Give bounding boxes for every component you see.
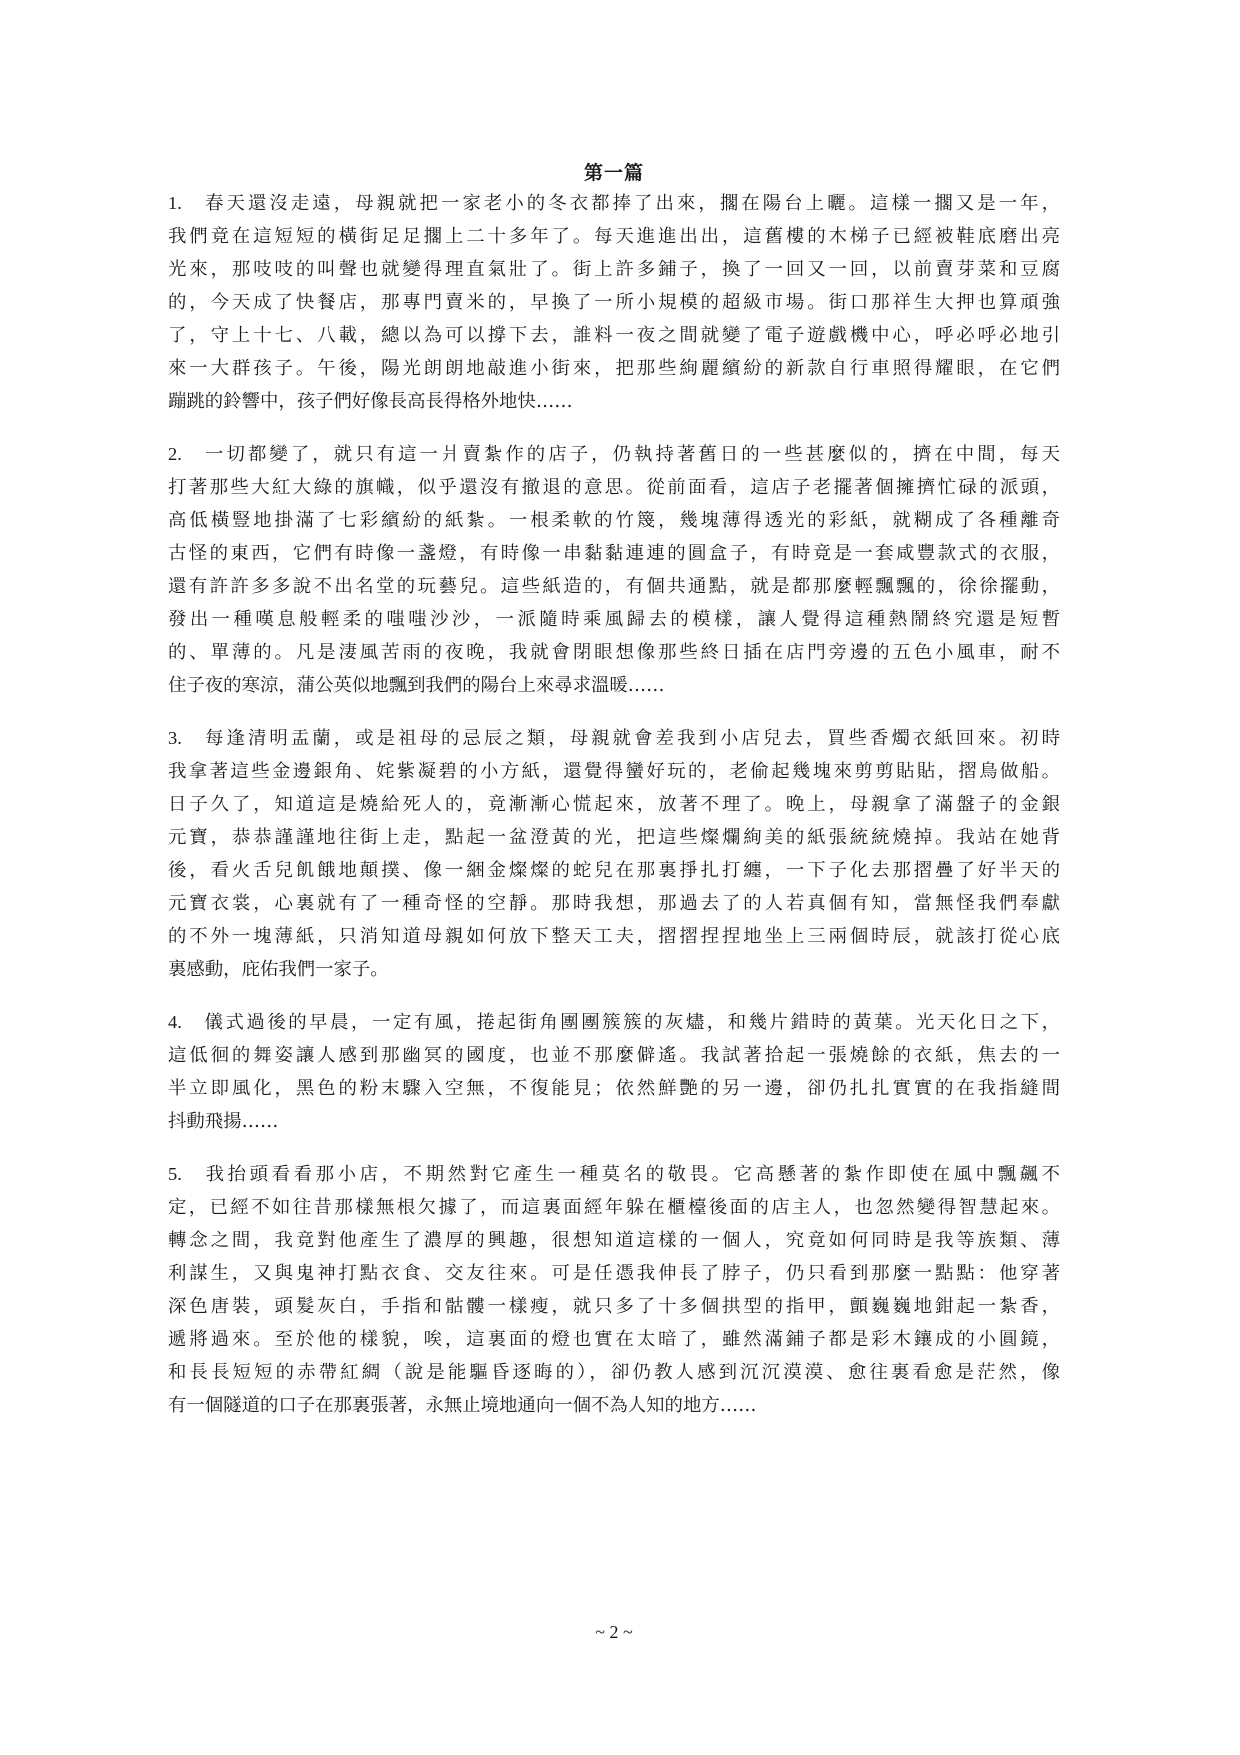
chapter-title: 第一篇 [168, 158, 1060, 185]
paragraph-line: 抖動飛揚…… [168, 1105, 1060, 1138]
paragraph-line: 光來，那吱吱的叫聲也就變得理直氣壯了。街上許多鋪子，換了一回又一回，以前賣芽菜和… [168, 253, 1060, 286]
paragraph-line: 的、單薄的。凡是淒風苦雨的夜晚，我就會閉眼想像那些終日插在店門旁邊的五色小風車，… [168, 636, 1060, 669]
paragraph-line: 轉念之間，我竟對他產生了濃厚的興趣，很想知道這樣的一個人，究竟如何同時是我等族類… [168, 1224, 1060, 1257]
paragraph-line: 和長長短短的赤帶紅綢（說是能驅昏逐晦的），卻仍教人感到沉沉漠漠、愈往裏看愈是茫然… [168, 1356, 1060, 1389]
paragraph-number: 3. [168, 722, 202, 755]
page-number: ~ 2 ~ [168, 1622, 1060, 1643]
paragraph-number: 1. [168, 187, 202, 220]
paragraph-line: 住子夜的寒涼，蒲公英似地飄到我們的陽台上來尋求溫暖…… [168, 669, 1060, 702]
paragraph-line: 的不外一塊薄紙，只消知道母親如何放下整天工夫，摺摺捏捏地坐上三兩個時辰，就該打從… [168, 920, 1060, 953]
paragraph-line: 利謀生，又與鬼神打點衣食、交友往來。可是任憑我伸長了脖子，仍只看到那麼一點點：他… [168, 1257, 1060, 1290]
paragraph-number: 2. [168, 438, 202, 471]
paragraph-line: 5.我抬頭看看那小店，不期然對它產生一種莫名的敬畏。它高懸著的紮作即使在風中飄飆… [168, 1158, 1060, 1191]
paragraph-line: 打著那些大紅大綠的旗幟，似乎還沒有撤退的意思。從前面看，這店子老擺著個擁擠忙碌的… [168, 471, 1060, 504]
paragraph-line: 的，今天成了快餐店，那專門賣米的，早換了一所小規模的超級市場。街口那祥生大押也算… [168, 286, 1060, 319]
paragraph-line: 了，守上十七、八載，總以為可以撐下去，誰料一夜之間就變了電子遊戲機中心，呼必呼必… [168, 319, 1060, 352]
paragraph-line: 定，已經不如往昔那樣無根欠據了，而這裏面經年躲在櫃檯後面的店主人，也忽然變得智慧… [168, 1191, 1060, 1224]
paragraph-number: 4. [168, 1006, 202, 1039]
paragraph-line: 這低徊的舞姿讓人感到那幽冥的國度，也並不那麼僻遙。我試著拾起一張燒餘的衣紙，焦去… [168, 1039, 1060, 1072]
paragraph-line: 來一大群孩子。午後，陽光朗朗地敲進小街來，把那些絢麗繽紛的新款自行車照得耀眼，在… [168, 352, 1060, 385]
paragraph-line: 蹦跳的鈴響中，孩子們好像長高長得格外地快…… [168, 385, 1060, 418]
paragraph-2: 2.一切都變了，就只有這一爿賣紮作的店子，仍執持著舊日的一些甚麼似的，擠在中間，… [168, 438, 1060, 702]
paragraph-3: 3.每逢清明盂蘭，或是祖母的忌辰之類，母親就會差我到小店兒去，買些香燭衣紙回來。… [168, 722, 1060, 986]
paragraph-line: 1.春天還沒走遠，母親就把一家老小的冬衣都捧了出來，擱在陽台上曬。這樣一擱又是一… [168, 187, 1060, 220]
paragraph-line: 元寶衣裳，心裏就有了一種奇怪的空靜。那時我想，那過去了的人若真個有知，當無怪我們… [168, 887, 1060, 920]
paragraph-line: 我們竟在這短短的橫街足足擱上二十多年了。每天進進出出，這舊樓的木梯子已經被鞋底磨… [168, 220, 1060, 253]
paragraph-line: 遞將過來。至於他的樣貌，唉，這裏面的燈也實在太暗了，雖然滿鋪子都是彩木鑲成的小圓… [168, 1323, 1060, 1356]
paragraph-line: 2.一切都變了，就只有這一爿賣紮作的店子，仍執持著舊日的一些甚麼似的，擠在中間，… [168, 438, 1060, 471]
paragraph-line: 古怪的東西，它們有時像一盞燈，有時像一串黏黏連連的圓盒子，有時竟是一套咸豐款式的… [168, 537, 1060, 570]
paragraph-number: 5. [168, 1158, 202, 1191]
paragraph-1: 1.春天還沒走遠，母親就把一家老小的冬衣都捧了出來，擱在陽台上曬。這樣一擱又是一… [168, 187, 1060, 418]
paragraph-line: 日子久了，知道這是燒給死人的，竟漸漸心慌起來，放著不理了。晚上，母親拿了滿盤子的… [168, 788, 1060, 821]
paragraph-line: 高低橫豎地掛滿了七彩繽紛的紙紮。一根柔軟的竹篾，幾塊薄得透光的彩紙，就糊成了各種… [168, 504, 1060, 537]
paragraph-line: 4.儀式過後的早晨，一定有風，捲起街角團團簇簇的灰燼，和幾片錯時的黃葉。光天化日… [168, 1006, 1060, 1039]
paragraph-4: 4.儀式過後的早晨，一定有風，捲起街角團團簇簇的灰燼，和幾片錯時的黃葉。光天化日… [168, 1006, 1060, 1138]
paragraph-line: 後，看火舌兒飢餓地顛撲、像一綑金燦燦的蛇兒在那裏掙扎打纏，一下子化去那摺疊了好半… [168, 854, 1060, 887]
paragraph-5: 5.我抬頭看看那小店，不期然對它產生一種莫名的敬畏。它高懸著的紮作即使在風中飄飆… [168, 1158, 1060, 1422]
paragraph-line: 半立即風化，黑色的粉末驟入空無，不復能見；依然鮮艷的另一邊，卻仍扎扎實實的在我指… [168, 1072, 1060, 1105]
paragraph-line: 我拿著這些金邊銀角、姹紫凝碧的小方紙，還覺得蠻好玩的，老偷起幾塊來剪剪貼貼，摺鳥… [168, 755, 1060, 788]
paragraph-line: 還有許許多多說不出名堂的玩藝兒。這些紙造的，有個共通點，就是都那麼輕飄飄的，徐徐… [168, 570, 1060, 603]
paragraph-line: 元寶，恭恭謹謹地往街上走，點起一盆澄黃的光，把這些燦爛絢美的紙張統統燒掉。我站在… [168, 821, 1060, 854]
paragraph-line: 3.每逢清明盂蘭，或是祖母的忌辰之類，母親就會差我到小店兒去，買些香燭衣紙回來。… [168, 722, 1060, 755]
paragraph-line: 發出一種嘆息般輕柔的嗤嗤沙沙，一派隨時乘風歸去的模樣，讓人覺得這種熱鬧終究還是短… [168, 603, 1060, 636]
paragraph-line: 有一個隧道的口子在那裏張著，永無止境地通向一個不為人知的地方…… [168, 1389, 1060, 1422]
paragraph-line: 裏感動，庇佑我們一家子。 [168, 953, 1060, 986]
paragraph-line: 深色唐裝，頭髮灰白，手指和骷髏一樣瘦，就只多了十多個拱型的指甲，顫巍巍地鉗起一紮… [168, 1290, 1060, 1323]
